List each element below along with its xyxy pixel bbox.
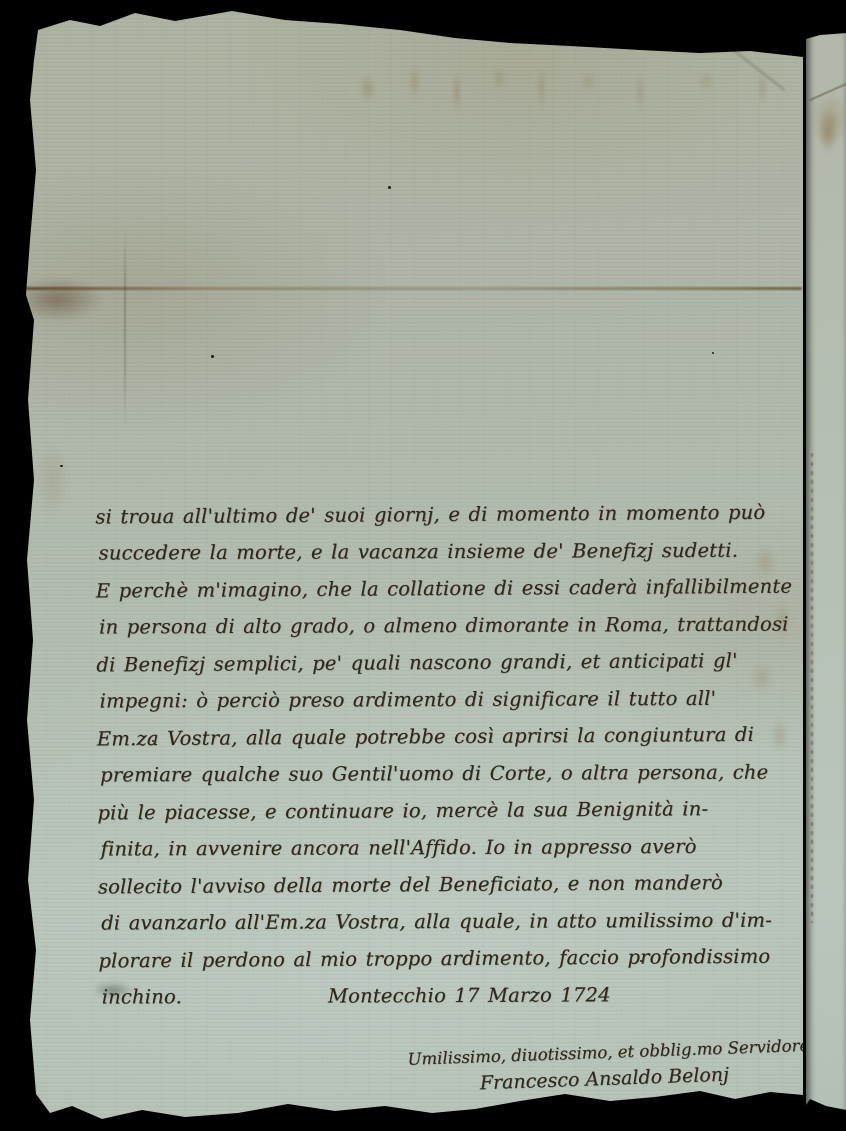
scanned-letter-page: si troua all'ultimo de' suoi giornj, e d… [0, 0, 846, 1131]
adjacent-page-strip [806, 33, 846, 1110]
letter-line: premiare qualche suo Gentil'uomo di Cort… [100, 753, 806, 793]
dateline: Montecchio 17 Marzo 1724 [328, 976, 611, 1014]
left-margin-stain [30, 420, 75, 540]
letter-sheet: si troua all'ultimo de' suoi giornj, e d… [0, 0, 846, 1131]
letter-line: in persona di alto grado, o almeno dimor… [99, 605, 805, 645]
letter-line: impegni: ò perciò preso ardimento di sig… [100, 679, 806, 719]
closing-word: inchino. [102, 978, 182, 1015]
letter-line: finita, in avvenire ancora nell'Affido. … [101, 827, 807, 867]
fold-line [26, 287, 802, 290]
signature-block: Umilissimo, diuotissimo, et obblig.mo Se… [407, 1035, 801, 1101]
letter-line: E perchè m'imagino, che la collatione di… [96, 568, 802, 610]
letter-line: Em.za Vostra, alla quale potrebbe così a… [97, 716, 803, 758]
fold-stain [24, 268, 134, 338]
speck [60, 465, 63, 467]
letter-line: più le piacesse, e continuare io, mercè … [97, 790, 803, 832]
speck [712, 352, 714, 354]
vertical-crease [124, 228, 126, 428]
letter-line: succedere la morte, e la vacanza insieme… [99, 531, 805, 571]
letter-line: di avanzarlo all'Em.za Vostra, alla qual… [101, 901, 807, 941]
strip-crack [809, 83, 846, 101]
speck [388, 186, 391, 189]
letter-line: sollecito l'avviso della morte del Benef… [98, 864, 804, 906]
letter-line: si troua all'ultimo de' suoi giornj, e d… [95, 494, 801, 536]
speck [211, 355, 214, 358]
strip-fold-seam [811, 453, 813, 923]
letter-closing-line: inchino. Montecchio 17 Marzo 1724 [102, 975, 808, 1015]
letter-line: plorare il perdono al mio troppo ardimen… [98, 938, 804, 980]
letter-line: di Benefizj semplici, pe' quali nascono … [96, 642, 802, 684]
letter-body: si troua all'ultimo de' suoi giornj, e d… [95, 494, 805, 1017]
strip-stain [814, 103, 842, 163]
ink-showthrough [330, 52, 800, 118]
